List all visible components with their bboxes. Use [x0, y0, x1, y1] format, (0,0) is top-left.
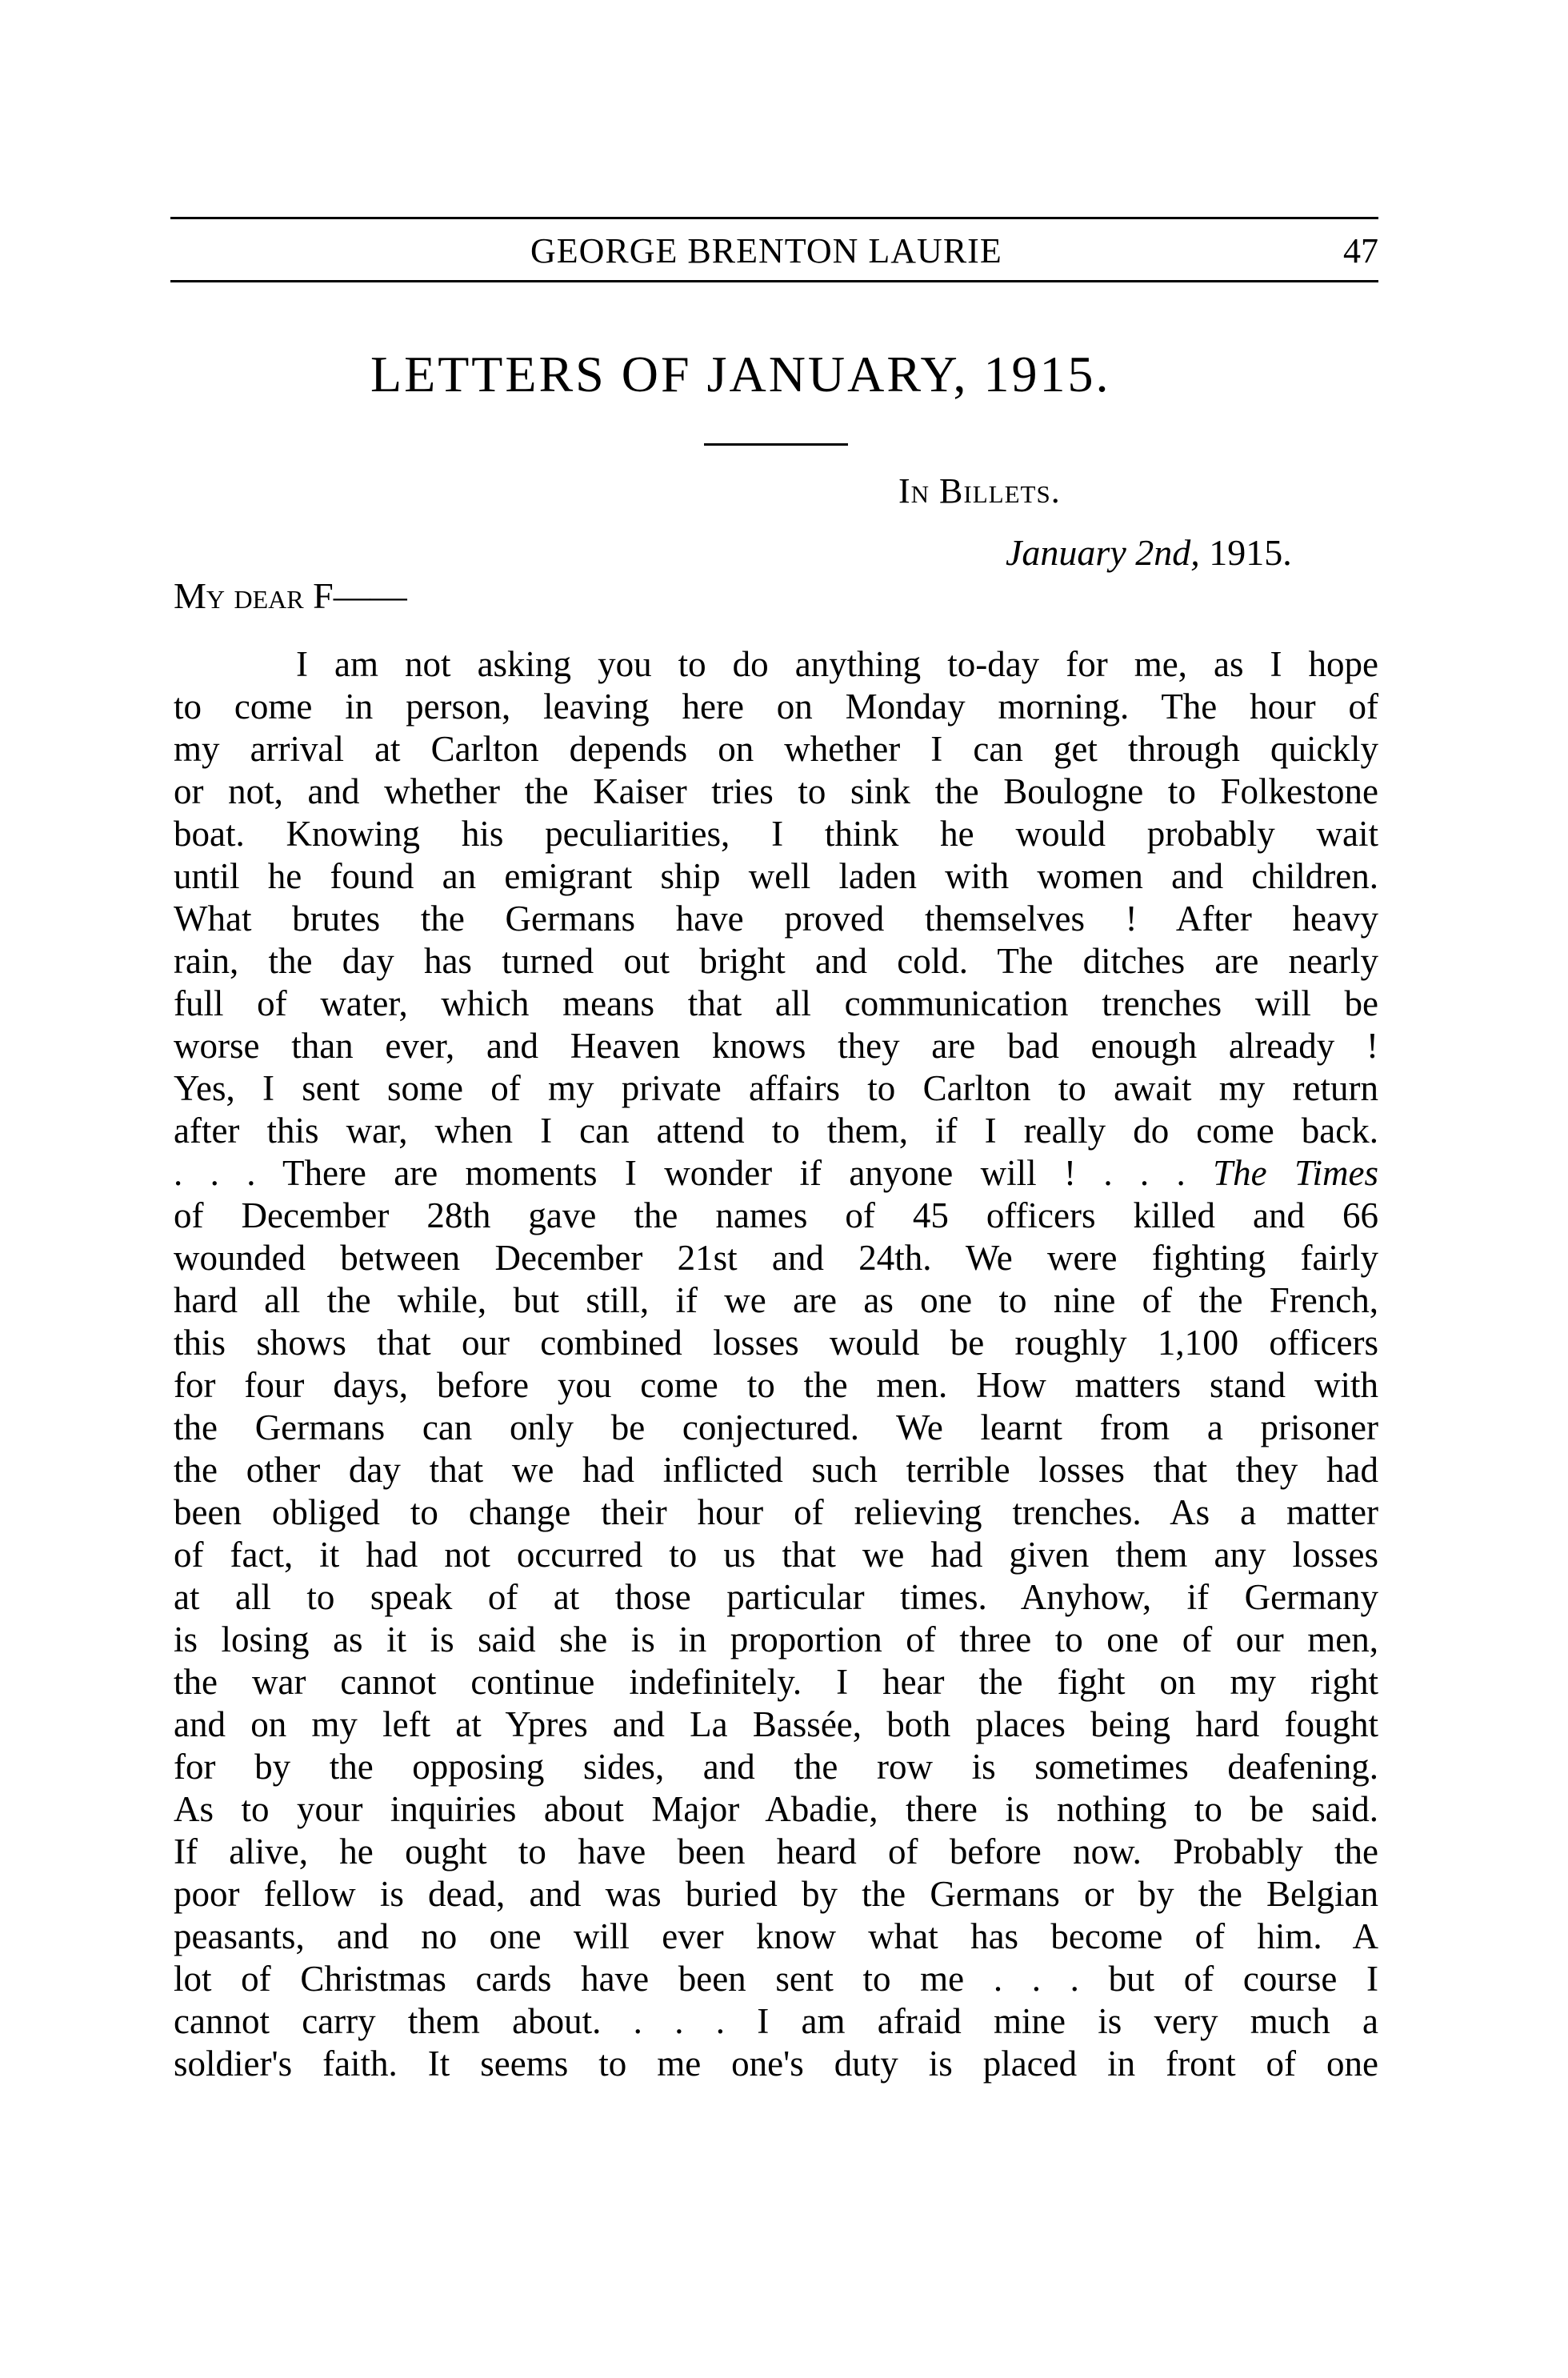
body-line: my arrival at Carlton depends on whether… — [174, 728, 1378, 771]
body-line: until he found an emigrant ship well lad… — [174, 855, 1378, 898]
body-line: for four days, before you come to the me… — [174, 1364, 1378, 1407]
body-line-text: As to your inquiries about Major Abadie,… — [174, 1788, 1378, 1831]
body-line-text: to come in person, leaving here on Monda… — [174, 686, 1378, 728]
body-line-text: full of water, which means that all comm… — [174, 983, 1378, 1025]
body-line-text: Yes, I sent some of my private affairs t… — [174, 1067, 1378, 1110]
header-bottom-rule — [170, 280, 1378, 282]
running-header-title: GEORGE BRENTON LAURIE — [530, 234, 1002, 269]
letter-date: January 2nd, 1915. — [1006, 534, 1292, 571]
body-line: to come in person, leaving here on Monda… — [174, 686, 1378, 728]
body-line: If alive, he ought to have been heard of… — [174, 1831, 1378, 1873]
body-line: at all to speak of at those particular t… — [174, 1576, 1378, 1619]
body-line-text: for by the opposing sides, and the row i… — [174, 1746, 1378, 1788]
body-line-text: of December 28th gave the names of 45 of… — [174, 1195, 1378, 1237]
body-line: What brutes the Germans have proved them… — [174, 898, 1378, 940]
body-line: and on my left at Ypres and La Bassée, b… — [174, 1703, 1378, 1746]
body-line-text: poor fellow is dead, and was buried by t… — [174, 1873, 1378, 1916]
body-line: Yes, I sent some of my private affairs t… — [174, 1067, 1378, 1110]
letter-place: In Billets. — [898, 474, 1061, 509]
body-line-text: peasants, and no one will ever know what… — [174, 1916, 1378, 1958]
body-line: for by the opposing sides, and the row i… — [174, 1746, 1378, 1788]
body-line: wounded between December 21st and 24th. … — [174, 1237, 1378, 1279]
body-line: this shows that our combined losses woul… — [174, 1322, 1378, 1364]
body-line: of December 28th gave the names of 45 of… — [174, 1195, 1378, 1237]
body-line: lot of Christmas cards have been sent to… — [174, 1958, 1378, 2000]
body-line-text: boat. Knowing his peculiarities, I think… — [174, 813, 1378, 855]
body-line-text: hard all the while, but still, if we are… — [174, 1279, 1378, 1322]
body-line-text: after this war, when I can attend to the… — [174, 1110, 1378, 1152]
body-line-text: at all to speak of at those particular t… — [174, 1576, 1378, 1619]
body-line: after this war, when I can attend to the… — [174, 1110, 1378, 1152]
body-line: full of water, which means that all comm… — [174, 983, 1378, 1025]
body-line: rain, the day has turned out bright and … — [174, 940, 1378, 983]
body-line-text: wounded between December 21st and 24th. … — [174, 1237, 1378, 1279]
body-line: peasants, and no one will ever know what… — [174, 1916, 1378, 1958]
body-line-text: for four days, before you come to the me… — [174, 1364, 1378, 1407]
body-line-text: been obliged to change their hour of rel… — [174, 1491, 1378, 1534]
body-line-text: If alive, he ought to have been heard of… — [174, 1831, 1378, 1873]
title-divider-rule — [704, 443, 848, 446]
body-line: been obliged to change their hour of rel… — [174, 1491, 1378, 1534]
body-line: boat. Knowing his peculiarities, I think… — [174, 813, 1378, 855]
body-line-text: rain, the day has turned out bright and … — [174, 940, 1378, 983]
body-line-text: the other day that we had inflicted such… — [174, 1449, 1378, 1491]
body-line-text: the Germans can only be conjectured. We … — [174, 1407, 1378, 1449]
body-line: I am not asking you to do anything to-da… — [296, 643, 1378, 686]
body-line-text: cannot carry them about. . . . I am afra… — [174, 2000, 1378, 2043]
body-line: is losing as it is said she is in propor… — [174, 1619, 1378, 1661]
letter-date-month-day: January 2nd, — [1006, 532, 1200, 573]
body-line: soldier's faith. It seems to me one's du… — [174, 2043, 1378, 2085]
body-line-text: or not, and whether the Kaiser tries to … — [174, 771, 1378, 813]
body-line: the war cannot continue indefinitely. I … — [174, 1661, 1378, 1703]
body-line: poor fellow is dead, and was buried by t… — [174, 1873, 1378, 1916]
chapter-title: LETTERS OF JANUARY, 1915. — [370, 349, 1110, 400]
body-line-text: of fact, it had not occurred to us that … — [174, 1534, 1378, 1576]
body-line-text: the war cannot continue indefinitely. I … — [174, 1661, 1378, 1703]
body-line-text: until he found an emigrant ship well lad… — [174, 855, 1378, 898]
body-line: . . . There are moments I wonder if anyo… — [174, 1152, 1378, 1195]
italic-publication-title: The Times — [1186, 1153, 1378, 1193]
body-line: of fact, it had not occurred to us that … — [174, 1534, 1378, 1576]
letter-salutation: My dear F—— — [174, 578, 407, 615]
body-line: the other day that we had inflicted such… — [174, 1449, 1378, 1491]
body-line: As to your inquiries about Major Abadie,… — [174, 1788, 1378, 1831]
body-line-text: worse than ever, and Heaven knows they a… — [174, 1025, 1378, 1067]
body-line-text: this shows that our combined losses woul… — [174, 1322, 1378, 1364]
body-line: the Germans can only be conjectured. We … — [174, 1407, 1378, 1449]
body-line-text: I am not asking you to do anything to-da… — [296, 643, 1378, 686]
body-line: worse than ever, and Heaven knows they a… — [174, 1025, 1378, 1067]
body-line-text: What brutes the Germans have proved them… — [174, 898, 1378, 940]
body-line-text: my arrival at Carlton depends on whether… — [174, 728, 1378, 771]
body-line-text: is losing as it is said she is in propor… — [174, 1619, 1378, 1661]
body-line-text: and on my left at Ypres and La Bassée, b… — [174, 1703, 1378, 1746]
body-line-text: soldier's faith. It seems to me one's du… — [174, 2043, 1378, 2085]
header-top-rule — [170, 217, 1378, 219]
body-line: cannot carry them about. . . . I am afra… — [174, 2000, 1378, 2043]
body-line: or not, and whether the Kaiser tries to … — [174, 771, 1378, 813]
body-line-text: lot of Christmas cards have been sent to… — [174, 1958, 1378, 2000]
page-number: 47 — [1343, 234, 1378, 269]
body-line-text: . . . There are moments I wonder if anyo… — [174, 1152, 1378, 1195]
body-line: hard all the while, but still, if we are… — [174, 1279, 1378, 1322]
letter-date-year: 1915. — [1200, 532, 1292, 573]
